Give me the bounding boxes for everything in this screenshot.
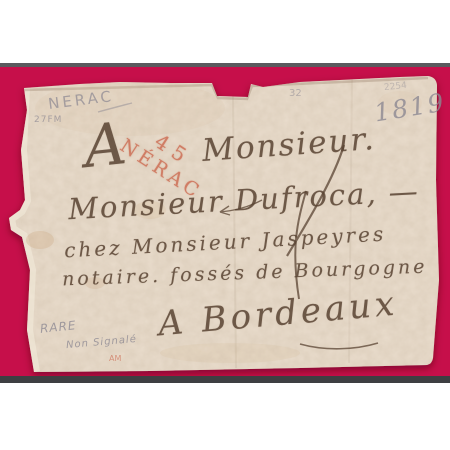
bordeaux-underline <box>300 343 378 349</box>
pencil-note-ref: 27FM <box>34 115 62 125</box>
photo-bottom-edge <box>0 376 450 383</box>
red-collector-mark: AM <box>109 354 121 363</box>
cover-photo: 45 NÉRAC A Monsieur. Monsieur Dufroca, —… <box>0 63 450 383</box>
photo-top-edge <box>0 63 450 67</box>
address-flourish-a: A <box>81 109 130 181</box>
pencil-note-number: 32 <box>289 88 302 99</box>
